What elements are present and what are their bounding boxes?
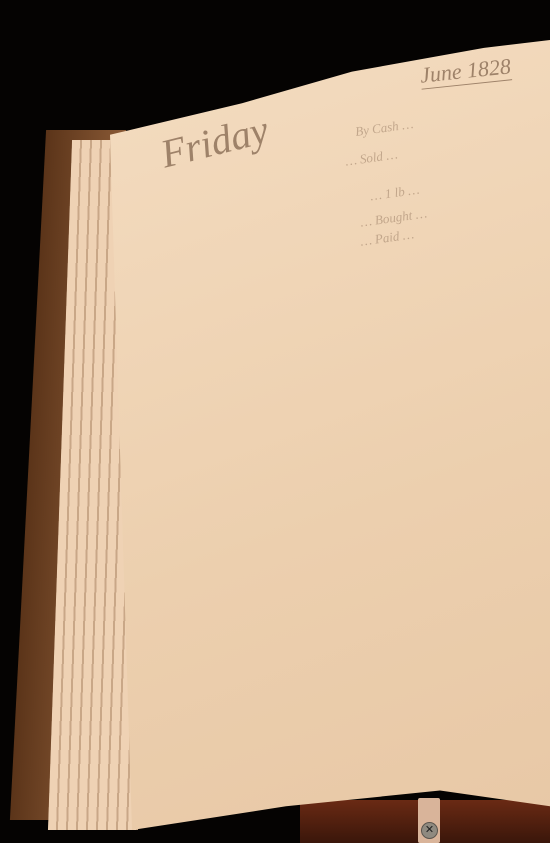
screw-icon: ✕ (421, 822, 438, 839)
